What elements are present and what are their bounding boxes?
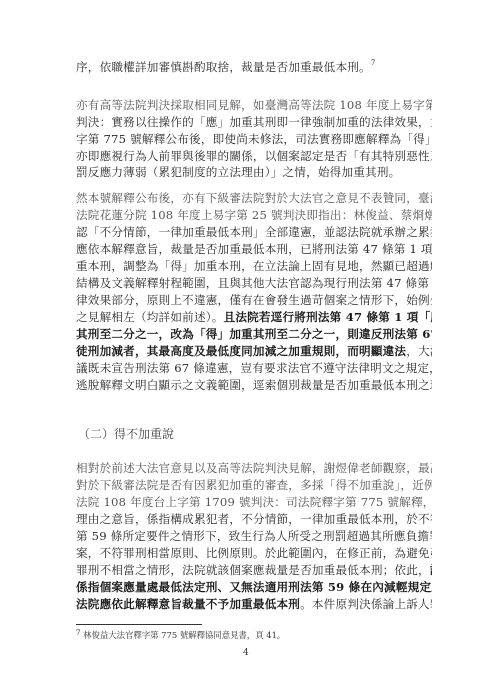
paragraph-line: 律效果部分，原則上不違憲，僅有在會發生過苛個案之情形下，始例外違憲 [76,292,432,308]
paragraph-line: 法院花蓮分院 108 年度上易字第 25 號判決即指出：林俊益、蔡烱燉大法官雖 [76,207,432,223]
line-text: 罪刑不相當之情形，法院就該個案應裁量是否加重最低本刑；依此， [76,563,430,577]
paragraph-line: 判決：實務以往操作的「應」加重其刑即一律強制加重的法律效果，大法官釋 [76,114,432,130]
paragraph-line: 逃脫解釋文明白顯示之文義範圍，逕索個別裁量是否加重最低本刑之理。 [76,377,432,393]
paragraph-line: 理由之意旨，係指構成累犯者，不分情節，一律加重最低本刑，於不符合刑法 [76,511,432,527]
paragraph-line: 結構及文義解釋射程範圍，且與其他大法官認為現行刑法第 47 條第 1 項就法 [76,275,432,291]
paragraph-line: 應依本解釋意旨，裁量是否加重最低本刑，已將刑法第 47 條第 1 項「應」加 [76,241,432,257]
footnote-marker: 7 [76,629,80,637]
paragraph-line: 之見解相左（均詳如前述）。且法院若逕行將刑法第 47 條第 1 項「應」加重 [76,309,432,325]
line-text: 。本件原判決係論上訴人肇事致 [300,597,432,611]
section-heading: （二）得不加重說 [78,425,174,442]
paragraph-line: 案，不符罪刑相當原則、比例原則。於此範圍內，在修正前，為避免發生上述 [76,545,432,561]
paragraph-line: 重本刑，調整為「得」加重本刑，在立法論上固有見地，然顯已超過解釋文之 [76,258,432,274]
line-text: ，大法官會 [406,344,432,358]
paragraph-line: 議既未宣告刑法第 67 條違憲，豈有要求法官不遵守法律明文之規定，即逕依 [76,360,432,376]
paragraph-line: 然本號解釋公布後，亦有下級審法院對於大法官之意見不表贊同，臺灣高等 [76,190,432,206]
paragraph-line: 法院 108 年度台上字第 1709 號判決：司法院釋字第 775 號解釋，依解… [76,494,432,510]
paragraph-line: 係指個案應量處最低法定刑、又無法適用刑法第 59 條在內減輕規定之情形， [76,579,432,595]
emphasis-text: 且法院若逕行將刑法第 47 條第 1 項「應」加重 [224,310,432,324]
document-page: 序，依職權詳加審慎斟酌取捨，裁量是否加重最低本刑。7 亦有高等法院判決採取相同見… [0,0,494,700]
paragraph-line: 序，依職權詳加審慎斟酌取捨，裁量是否加重最低本刑。7 [76,59,432,75]
paragraph-line: 字第 775 號解釋公布後，即使尚未修法，司法實務即應解釋為「得」加重， [76,131,432,147]
footnote-text: 林俊益大法官釋字第 775 號解釋協同意見書，頁 41。 [83,630,285,640]
emphasis-text: 徒刑加減者，其最高度及最低度同加減之加重規則，而明顯違法 [76,344,406,358]
paragraph-line: 第 59 條所定要件之情形下，致生行為人所受之刑罰超過其所應負擔罪責之個 [76,528,432,544]
paragraph-line: 罰反應力薄弱（累犯制度的立法理由）」之情，始得加重其刑。 [76,164,432,180]
paragraph-line: 相對於前述大法官意見以及高等法院判決見解，謝煜偉老師觀察，最高法院 [76,460,432,476]
footnote-ref[interactable]: 7 [371,59,376,67]
footnote-separator [76,624,202,625]
emphasis-text: 該解釋 [430,563,432,577]
footnote: 7 林俊益大法官釋字第 775 號解釋協同意見書，頁 41。 [76,629,285,641]
emphasis-text: 法院應依此解釋意旨裁量不予加重最低本刑 [76,597,300,611]
paragraph-line: 其刑至二分之一，改為「得」加重其刑至二分之一，則違反刑法第 67 條有期 [76,326,432,342]
paragraph-line: 認「不分情節，一律加重最低本刑」全部違憲，並認法院就承辦之累犯個案， [76,224,432,240]
paragraph-line: 徒刑加減者，其最高度及最低度同加減之加重規則，而明顯違法，大法官會 [76,343,432,359]
paragraph-line: 亦即應視行為人前罪與後罪的關係，以個案認定是否「有其特別惡性及對刑 [76,148,432,164]
page-number: 4 [243,648,249,658]
paragraph-line: 亦有高等法院判決採取相同見解，如臺灣高等法院 108 年度上易字第 1650 號 [76,97,432,113]
paragraph-line: 法院應依此解釋意旨裁量不予加重最低本刑。本件原判決係論上訴人肇事致 [76,596,432,612]
line-text: 序，依職權詳加審慎斟酌取捨，裁量是否加重最低本刑。 [76,60,371,74]
paragraph-line: 對於下級審法院是否有因累犯加重的審查，多採「得不加重說」，近例如最高 [76,477,432,493]
line-text: 之見解相左（均詳如前述）。 [76,310,224,324]
paragraph-line: 罪刑不相當之情形，法院就該個案應裁量是否加重最低本刑；依此，該解釋 [76,562,432,578]
